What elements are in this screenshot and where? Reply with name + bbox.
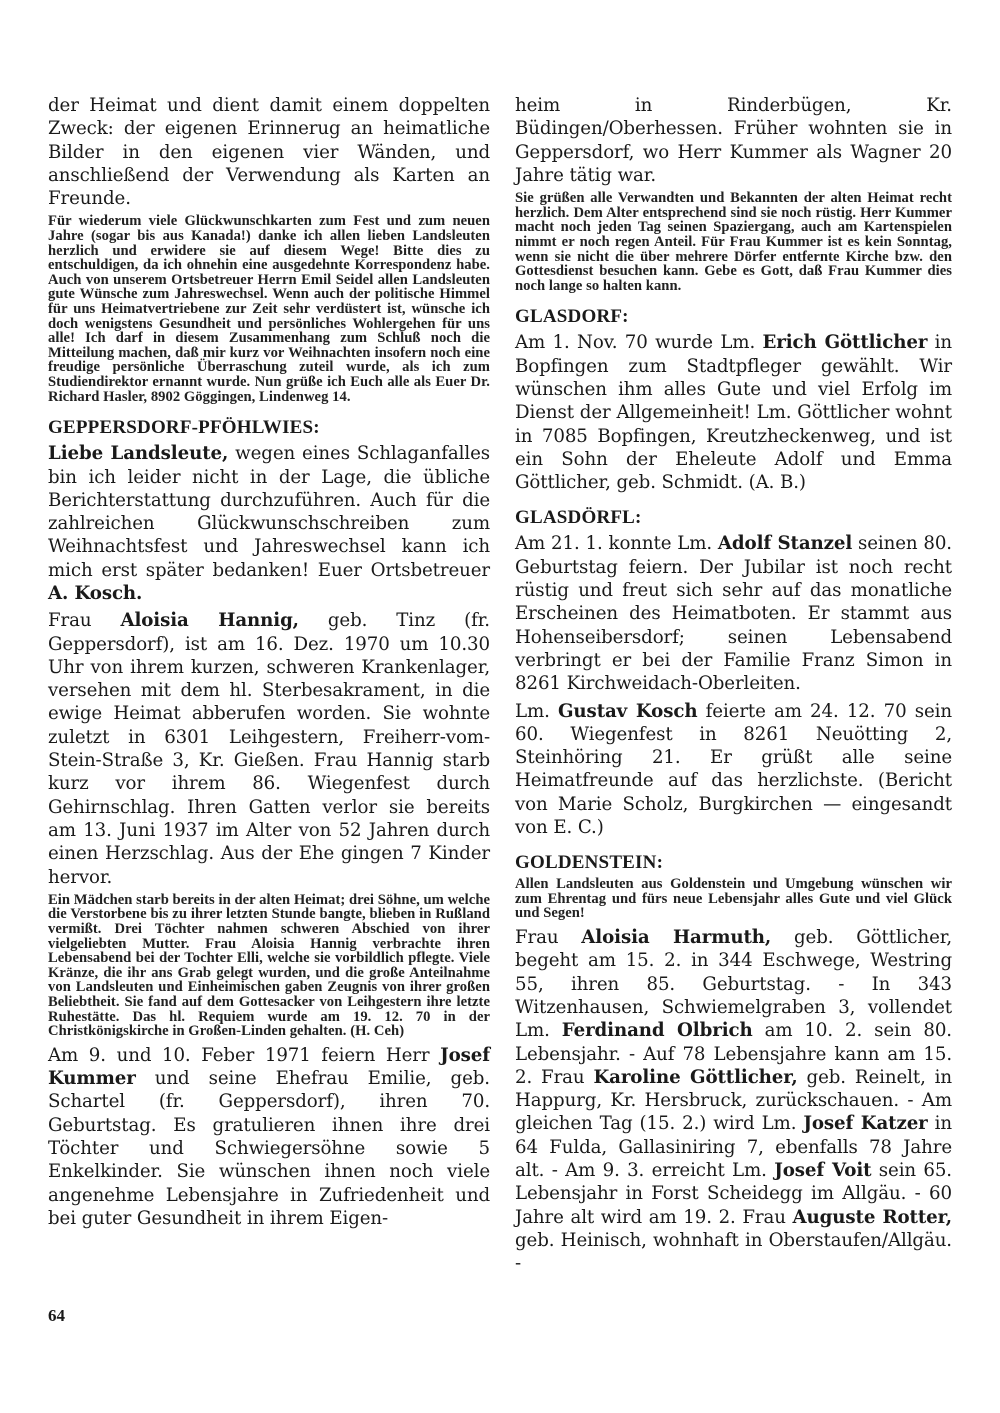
- bold-name: Josef Voit: [774, 1160, 871, 1181]
- paragraph-goettlicher: Am 1. Nov. 70 wurde Lm. Erich Göttlicher…: [515, 331, 952, 494]
- left-column: der Heimat und dient damit einem doppelt…: [48, 94, 490, 1234]
- paragraph-goldenstein-greeting: Allen Landsleuten aus Goldenstein und Um…: [515, 877, 952, 921]
- text: Frau: [515, 927, 581, 948]
- bold-name: Aloisia Harmuth,: [581, 927, 771, 948]
- paragraph-hannig-obituary: Frau Aloisia Hannig, geb. Tinz (fr. Gepp…: [48, 609, 490, 889]
- bold-signature: A. Kosch.: [48, 583, 142, 604]
- right-column: heim in Rinderbügen, Kr. Büdingen/Oberhe…: [515, 94, 952, 1280]
- section-heading-glasdorf: GLASDORF:: [515, 305, 952, 329]
- text: Am 1. Nov. 70 wurde Lm.: [515, 332, 763, 353]
- text: Frau: [48, 610, 120, 631]
- text: geb. Tinz (fr. Geppersdorf), ist am 16. …: [48, 610, 490, 887]
- paragraph-kummer-continued: heim in Rinderbügen, Kr. Büdingen/Oberhe…: [515, 94, 952, 187]
- paragraph-kosch-birthday: Lm. Gustav Kosch feierte am 24. 12. 70 s…: [515, 700, 952, 840]
- paragraph-stanzel: Am 21. 1. konnte Lm. Adolf Stanzel seine…: [515, 532, 952, 695]
- paragraph-goldenstein-birthdays: Frau Aloisia Harmuth, geb. Göttlicher, b…: [515, 926, 952, 1275]
- bold-name: Erich Göttlicher: [763, 332, 928, 353]
- text: in Bopfingen zum Stadtpfleger gewählt. W…: [515, 332, 952, 493]
- text: seinen 80. Geburtstag feiern. Der Jubila…: [515, 533, 952, 694]
- bold-name: Josef Katzer: [803, 1113, 927, 1134]
- text: geb. Heinisch, wohnhaft in Oberstaufen/A…: [515, 1230, 952, 1274]
- paragraph-kosch-letter: Liebe Landsleute, wegen eines Schlaganfa…: [48, 442, 490, 605]
- paragraph-hasler-greeting: Für wiederum viele Glückwunschkarten zum…: [48, 214, 490, 404]
- text: Lm.: [515, 701, 558, 722]
- page-number: 64: [48, 1306, 65, 1326]
- paragraph-kummer-birthday: Am 9. und 10. Feber 1971 feiern Herr Jos…: [48, 1044, 490, 1230]
- text: und seine Ehefrau Emilie, geb. Schartel …: [48, 1068, 490, 1229]
- section-heading-geppersdorf: GEPPERSDORF-PFÖHLWIES:: [48, 416, 490, 440]
- bold-name: Aloisia Hannig,: [120, 610, 298, 631]
- paragraph-kummer-greetings: Sie grüßen alle Verwandten und Bekannten…: [515, 191, 952, 293]
- bold-salutation: Liebe Landsleute,: [48, 443, 228, 464]
- section-heading-glasdoerfl: GLASDÖRFL:: [515, 506, 952, 530]
- paragraph-hannig-details: Ein Mädchen starb bereits in der alten H…: [48, 893, 490, 1039]
- bold-name: Karoline Göttlicher,: [593, 1067, 797, 1088]
- bold-name: Ferdinand Olbrich: [562, 1020, 753, 1041]
- section-heading-goldenstein: GOLDENSTEIN:: [515, 851, 952, 875]
- text: Am 9. und 10. Feber 1971 feiern Herr: [48, 1045, 440, 1066]
- newsletter-page: der Heimat und dient damit einem doppelt…: [0, 0, 1000, 1413]
- text: Am 21. 1. konnte Lm.: [515, 533, 718, 554]
- bold-name: Auguste Rotter,: [793, 1207, 953, 1228]
- paragraph-heimat-bilder: der Heimat und dient damit einem doppelt…: [48, 94, 490, 210]
- bold-name: Gustav Kosch: [558, 701, 697, 722]
- bold-name: Adolf Stanzel: [718, 533, 852, 554]
